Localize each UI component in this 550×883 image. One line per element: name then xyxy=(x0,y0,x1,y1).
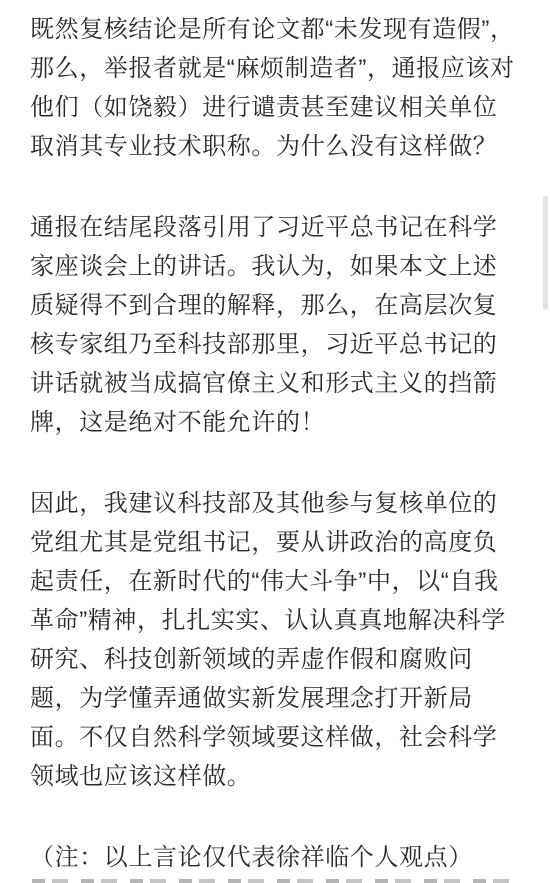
article-body: 既然复核结论是所有论文都“未发现有造假”， 那么，举报者就是“麻烦制造者”，通报… xyxy=(0,0,550,877)
text-line: 既然复核结论是所有论文都“未发现有造假”， xyxy=(30,10,520,49)
text-line: 因此，我建议科技部及其他参与复核单位的 xyxy=(30,484,520,523)
text-line: （注：以上言论仅代表徐祥临个人观点） xyxy=(30,838,520,877)
text-line: 题，为学懂弄通做实新发展理念打开新局 xyxy=(30,679,520,718)
clipped-next-line xyxy=(32,879,518,883)
article-page: 既然复核结论是所有论文都“未发现有造假”， 那么，举报者就是“麻烦制造者”，通报… xyxy=(0,0,550,883)
text-line: 质疑得不到合理的解释，那么，在高层次复 xyxy=(30,286,520,325)
text-line: 革命”精神，扎扎实实、认认真真地解决科学 xyxy=(30,601,520,640)
text-line: 他们（如饶毅）进行谴责甚至建议相关单位 xyxy=(30,88,520,127)
text-line: 起责任，在新时代的“伟大斗争”中，以“自我 xyxy=(30,562,520,601)
text-line: 核专家组乃至科技部那里，习近平总书记的 xyxy=(30,325,520,364)
text-line: 研究、科技创新领域的弄虚作假和腐败问 xyxy=(30,640,520,679)
paragraph-1: 既然复核结论是所有论文都“未发现有造假”， 那么，举报者就是“麻烦制造者”，通报… xyxy=(30,10,520,166)
text-line: 面。不仅自然科学领域要这样做，社会科学 xyxy=(30,718,520,757)
scrollbar-thumb[interactable] xyxy=(543,196,548,310)
paragraph-3: 因此，我建议科技部及其他参与复核单位的 党组尤其是党组书记，要从讲政治的高度负 … xyxy=(30,484,520,796)
text-line: 通报在结尾段落引用了习近平总书记在科学 xyxy=(30,208,520,247)
paragraph-2: 通报在结尾段落引用了习近平总书记在科学 家座谈会上的讲话。我认为，如果本文上述 … xyxy=(30,208,520,442)
text-line: 家座谈会上的讲话。我认为，如果本文上述 xyxy=(30,247,520,286)
text-line: 党组尤其是党组书记，要从讲政治的高度负 xyxy=(30,523,520,562)
text-line: 领域也应该这样做。 xyxy=(30,757,520,796)
author-note-paragraph: （注：以上言论仅代表徐祥临个人观点） xyxy=(30,838,520,877)
text-line: 牌，这是绝对不能允许的！ xyxy=(30,403,520,442)
text-line: 那么，举报者就是“麻烦制造者”，通报应该对 xyxy=(30,49,520,88)
text-line: 讲话就被当成搞官僚主义和形式主义的挡箭 xyxy=(30,364,520,403)
text-line: 取消其专业技术职称。为什么没有这样做？ xyxy=(30,127,520,166)
